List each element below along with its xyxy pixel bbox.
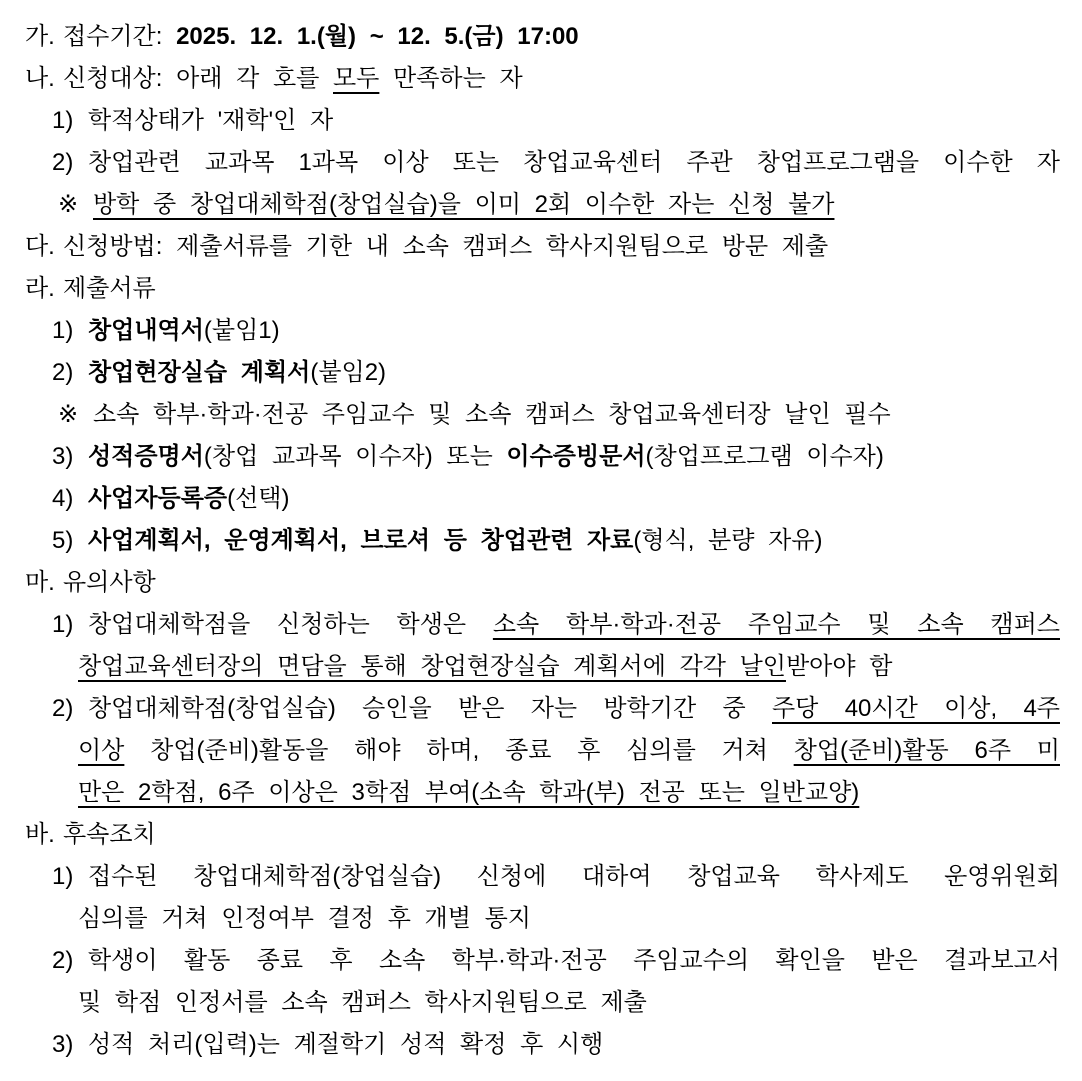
text-segment: 창업(준비)활동을 해야 하며, 종료 후 심의를 거쳐 [124, 737, 793, 764]
list-marker: ※ [58, 184, 93, 226]
document-line: 1)창업대체학점을 신청하는 학생은 소속 학부·학과·전공 주임교수 및 소속… [0, 604, 1060, 646]
text-segment: (붙임2) [310, 359, 386, 386]
text-segment: 학생이 활동 종료 후 소속 학부·학과·전공 주임교수의 확인을 받은 결과보… [88, 947, 1060, 974]
text-segment: 성적 처리(입력)는 계절학기 성적 확정 후 시행 [88, 1031, 603, 1058]
text-segment: 성적증명서 [88, 443, 204, 470]
text-segment: 심의를 거쳐 인정여부 결정 후 개별 통지 [78, 905, 531, 932]
list-marker: 다. [25, 226, 63, 268]
list-marker: ※ [58, 394, 93, 436]
text-segment: 받아야 함 [786, 653, 892, 680]
list-marker: 3) [52, 436, 88, 478]
list-marker: 1) [52, 100, 88, 142]
list-marker: 나. [25, 58, 63, 100]
text-segment: 창업현장실습 계획서 [88, 359, 310, 386]
text-segment: 주당 40시간 이상, 4주 [772, 695, 1060, 722]
text-segment: 이수증빙문서 [506, 443, 645, 470]
document-line: 라.제출서류 [0, 268, 1060, 310]
text-segment: (형식, 분량 자유) [633, 527, 822, 554]
document-line: 다.신청방법: 제출서류를 기한 내 소속 캠퍼스 학사지원팀으로 방문 제출 [0, 226, 1060, 268]
text-segment: 창업(준비)활동 6주 미 [794, 737, 1060, 764]
document-line: 심의를 거쳐 인정여부 결정 후 개별 통지 [0, 898, 1060, 940]
document-line: 가.접수기간: 2025. 12. 1.(월) ~ 12. 5.(금) 17:0… [0, 16, 1060, 58]
text-segment: 창업교육센터장의 면담을 통해 창업현장실습 계획서에 각각 날인 [78, 653, 786, 680]
text-segment: 학적상태가 '재학'인 자 [88, 107, 333, 134]
text-segment: 만은 2학점, 6주 이상은 3학점 부여(소속 학과(부) 전공 또는 일반교… [78, 779, 859, 806]
document-line: 나.신청대상: 아래 각 호를 모두 만족하는 자 [0, 58, 1060, 100]
text-segment: 신청대상: 아래 각 호를 [63, 65, 333, 92]
document-line: ※방학 중 창업대체학점(창업실습)을 이미 2회 이수한 자는 신청 불가 [0, 184, 1060, 226]
text-segment: 이상 [78, 737, 124, 764]
document-line: ※소속 학부·학과·전공 주임교수 및 소속 캠퍼스 창업교육센터장 날인 필수 [0, 394, 1060, 436]
list-marker: 4) [52, 478, 88, 520]
list-marker: 1) [52, 310, 88, 352]
text-segment: 및 학점 인정서를 소속 캠퍼스 학사지원팀으로 제출 [78, 989, 647, 1016]
list-marker: 5) [52, 520, 88, 562]
text-segment: (창업프로그램 이수자) [646, 443, 884, 470]
list-marker: 가. [25, 16, 63, 58]
list-marker: 바. [25, 814, 63, 856]
document-line: 3)성적 처리(입력)는 계절학기 성적 확정 후 시행 [0, 1024, 1060, 1066]
document-line: 1)접수된 창업대체학점(창업실습) 신청에 대하여 창업교육 학사제도 운영위… [0, 856, 1060, 898]
text-segment: 사업자등록증 [88, 485, 227, 512]
document-line: 2)학생이 활동 종료 후 소속 학부·학과·전공 주임교수의 확인을 받은 결… [0, 940, 1060, 982]
text-segment: (창업 교과목 이수자) 또는 [204, 443, 507, 470]
document-line: 만은 2학점, 6주 이상은 3학점 부여(소속 학과(부) 전공 또는 일반교… [0, 772, 1060, 814]
document-line: 창업교육센터장의 면담을 통해 창업현장실습 계획서에 각각 날인받아야 함 [0, 646, 1060, 688]
notice-document: 가.접수기간: 2025. 12. 1.(월) ~ 12. 5.(금) 17:0… [0, 0, 1060, 1066]
text-segment: 창업대체학점(창업실습) 승인을 받은 자는 방학기간 중 [88, 695, 772, 722]
document-line: 3)성적증명서(창업 교과목 이수자) 또는 이수증빙문서(창업프로그램 이수자… [0, 436, 1060, 478]
list-marker: 3) [52, 1024, 88, 1066]
list-marker: 라. [25, 268, 63, 310]
document-line: 바.후속조치 [0, 814, 1060, 856]
list-marker: 2) [52, 940, 88, 982]
document-line: 2)창업현장실습 계획서(붙임2) [0, 352, 1060, 394]
text-segment: 유의사항 [63, 569, 156, 596]
text-segment: (붙임1) [204, 317, 280, 344]
list-marker: 2) [52, 352, 88, 394]
text-segment: 후속조치 [63, 821, 156, 848]
list-marker: 2) [52, 688, 88, 730]
text-segment: (선택) [227, 485, 289, 512]
document-line: 5)사업계획서, 운영계획서, 브로셔 등 창업관련 자료(형식, 분량 자유) [0, 520, 1060, 562]
document-line: 1)학적상태가 '재학'인 자 [0, 100, 1060, 142]
list-marker: 마. [25, 562, 63, 604]
document-line: 1)창업내역서(붙임1) [0, 310, 1060, 352]
text-segment: 사업계획서, 운영계획서, 브로셔 등 창업관련 자료 [88, 527, 633, 554]
text-segment: 방학 중 창업대체학점(창업실습)을 이미 2회 이수한 자는 신청 불가 [93, 191, 834, 218]
text-segment: 접수된 창업대체학점(창업실습) 신청에 대하여 창업교육 학사제도 운영위원회 [88, 863, 1060, 890]
list-marker: 1) [52, 856, 88, 898]
text-segment: 제출서류 [63, 275, 156, 302]
text-segment: 소속 학부·학과·전공 주임교수 및 소속 캠퍼스 창업교육센터장 날인 필수 [93, 401, 891, 428]
document-line: 마.유의사항 [0, 562, 1060, 604]
document-line: 및 학점 인정서를 소속 캠퍼스 학사지원팀으로 제출 [0, 982, 1060, 1024]
text-segment: 창업대체학점을 신청하는 학생은 [88, 611, 493, 638]
text-segment: 접수기간: [63, 23, 176, 50]
document-line: 이상 창업(준비)활동을 해야 하며, 종료 후 심의를 거쳐 창업(준비)활동… [0, 730, 1060, 772]
text-segment: 만족하는 자 [379, 65, 522, 92]
text-segment: 창업내역서 [88, 317, 204, 344]
text-segment: 창업관련 교과목 1과목 이상 또는 창업교육센터 주관 창업프로그램을 이수한… [88, 149, 1060, 176]
document-line: 2)창업관련 교과목 1과목 이상 또는 창업교육센터 주관 창업프로그램을 이… [0, 142, 1060, 184]
document-line: 2)창업대체학점(창업실습) 승인을 받은 자는 방학기간 중 주당 40시간 … [0, 688, 1060, 730]
text-segment: 2025. 12. 1.(월) ~ 12. 5.(금) 17:00 [176, 23, 579, 50]
list-marker: 2) [52, 142, 88, 184]
document-line: 4)사업자등록증(선택) [0, 478, 1060, 520]
text-segment: 소속 학부·학과·전공 주임교수 및 소속 캠퍼스 [493, 611, 1060, 638]
text-segment: 신청방법: 제출서류를 기한 내 소속 캠퍼스 학사지원팀으로 방문 제출 [63, 233, 828, 260]
list-marker: 1) [52, 604, 88, 646]
text-segment: 모두 [333, 65, 379, 92]
